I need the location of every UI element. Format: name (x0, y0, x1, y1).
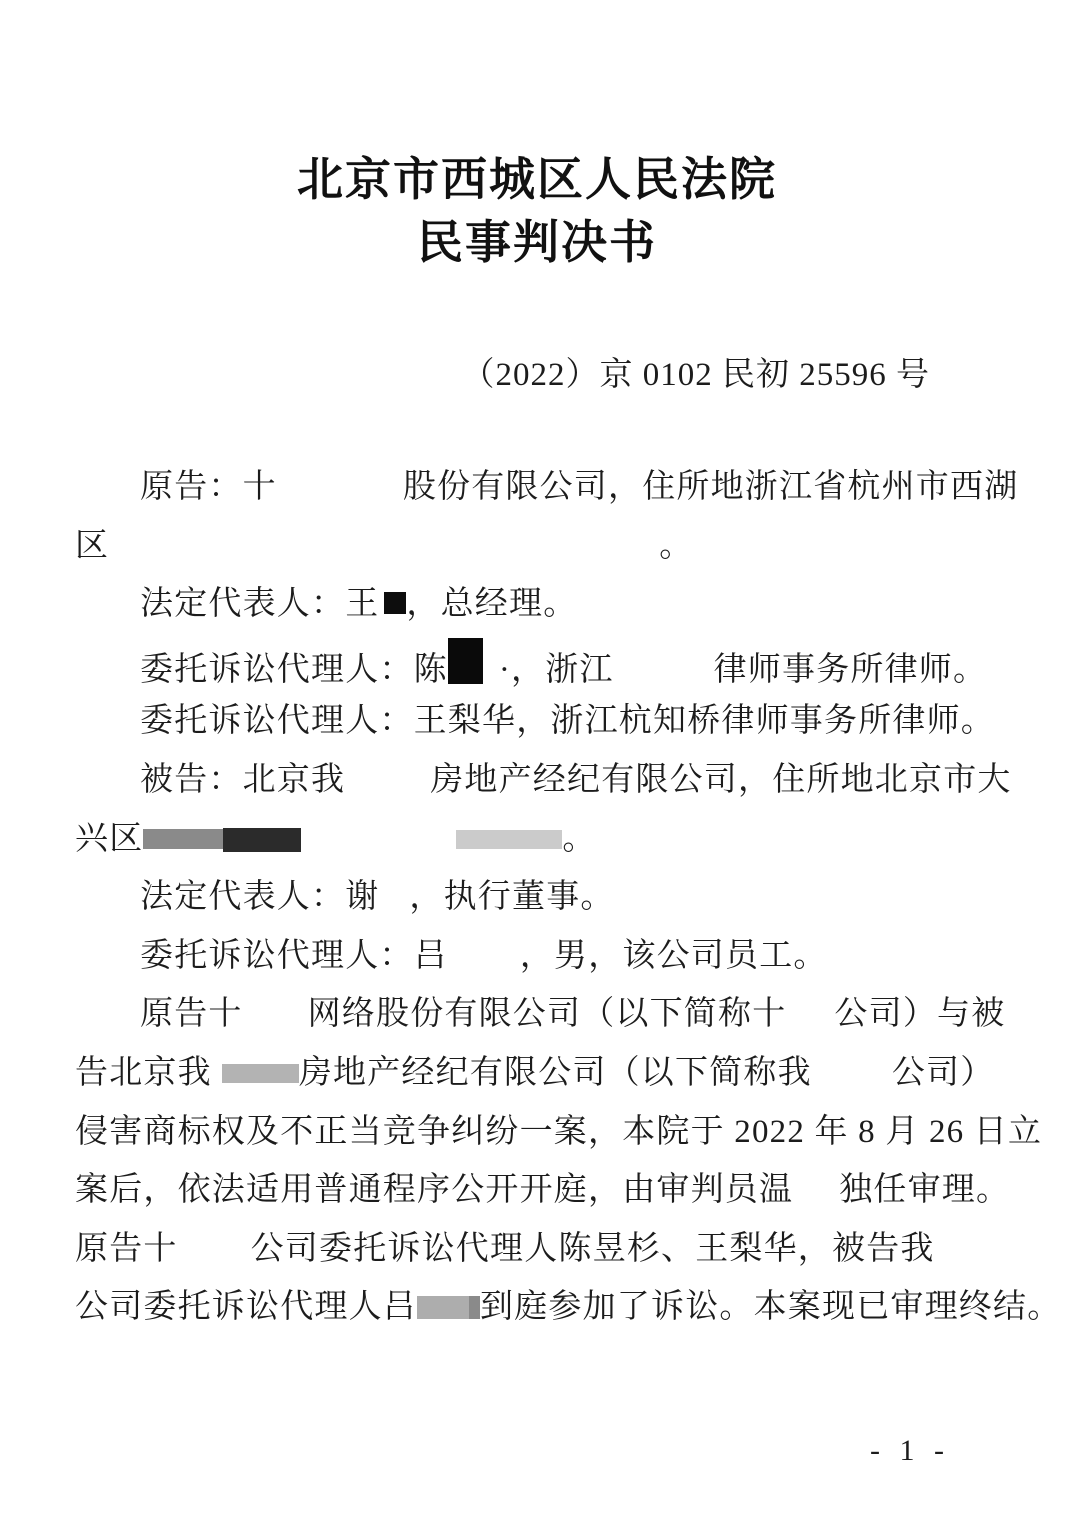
redaction-gap (277, 496, 403, 497)
text-run: 律师事务所律师。 (714, 652, 988, 688)
text-run: 区 (75, 528, 109, 564)
body-line: 原告：十股份有限公司，住所地浙江省杭州市西湖 (75, 458, 1025, 517)
page-number: - 1 - (870, 1434, 950, 1468)
body-line: 委托诉讼代理人：陈·，浙江律师事务所律师。 (75, 634, 1025, 693)
redaction-gap (614, 679, 714, 680)
redaction-bar (469, 1296, 480, 1319)
text-run: 委托诉讼代理人：王梨华，浙江杭知桥律师事务所律师。 (140, 703, 995, 739)
text-run: 网络股份有限公司（以下简称十 (308, 996, 787, 1032)
redaction-gap (212, 1082, 222, 1083)
redaction-bar (448, 638, 483, 684)
document-type: 民事判决书 (0, 211, 1074, 274)
text-run: 原告十 (75, 1231, 178, 1267)
text-run: 。 (562, 821, 596, 857)
text-run: 股份有限公司，住所地浙江省杭州市西湖 (403, 469, 1019, 505)
body-line: 委托诉讼代理人：王梨华，浙江杭知桥律师事务所律师。 (75, 692, 1025, 751)
judgment-page: 北京市西城区人民法院 民事判决书 （2022）京 0102 民初 25596 号… (0, 0, 1074, 1520)
document-title: 北京市西城区人民法院 民事判决书 (0, 148, 1074, 274)
redaction-gap (243, 1023, 308, 1024)
text-run: 公司）与被 (834, 996, 1005, 1032)
redaction-bar (143, 829, 223, 849)
redaction-gap (109, 555, 659, 556)
body-line: 法定代表人：王，总经理。 (75, 575, 1025, 634)
text-run: ，执行董事。 (409, 879, 614, 915)
text-run: 侵害商标权及不正当竞争纠纷一案，本院于 2022 年 8 月 26 日立 (75, 1114, 1042, 1150)
body-line: 侵害商标权及不正当竞争纠纷一案，本院于 2022 年 8 月 26 日立 (75, 1103, 1025, 1162)
body-line: 原告十公司委托诉讼代理人陈昱杉、王梨华，被告我 (75, 1220, 1025, 1279)
body-line: 被告：北京我房地产经纪有限公司，住所地北京市大 (75, 751, 1025, 810)
body-line: 案后，依法适用普通程序公开开庭，由审判员温独任审理。 (75, 1161, 1025, 1220)
text-run: 公司） (892, 1055, 995, 1091)
text-run: 公司委托诉讼代理人陈昱杉、王梨华，被告我 (251, 1231, 935, 1267)
body-line: 原告十网络股份有限公司（以下简称十公司）与被 (75, 985, 1025, 1044)
body-line: 区。 (75, 517, 1025, 576)
text-run: 法定代表人：王 (140, 586, 379, 622)
text-run: 原告：十 (140, 469, 277, 505)
text-run: 法定代表人：谢 (140, 879, 379, 915)
redaction-gap (301, 848, 456, 849)
redaction-gap (793, 1199, 839, 1200)
text-run: 被告：北京我 (140, 762, 345, 798)
text-run: ，总经理。 (406, 586, 577, 622)
text-run: 到庭参加了诉讼。本案现已审理终结。 (480, 1289, 1061, 1325)
redaction-gap (448, 965, 520, 966)
body-line: 兴区。 (75, 810, 1025, 869)
text-run: 独任审理。 (839, 1172, 1010, 1208)
body-line: 法定代表人：谢，执行董事。 (75, 868, 1025, 927)
redaction-gap (483, 679, 499, 680)
redaction-gap (345, 789, 430, 790)
redaction-gap (812, 1082, 892, 1083)
redaction-bar (456, 830, 562, 849)
text-run: 告北京我 (75, 1055, 212, 1091)
text-run: 公司委托诉讼代理人吕 (75, 1289, 417, 1325)
text-run: 案后，依法适用普通程序公开开庭，由审判员温 (75, 1172, 793, 1208)
redaction-bar (384, 592, 406, 614)
body-line: 公司委托诉讼代理人吕到庭参加了诉讼。本案现已审理终结。 (75, 1278, 1025, 1337)
redaction-gap (178, 1258, 251, 1259)
text-run: 。 (659, 528, 693, 564)
text-run: ，男，该公司员工。 (520, 938, 828, 974)
body-line: 委托诉讼代理人：吕，男，该公司员工。 (75, 927, 1025, 986)
text-run: 房地产经纪有限公司，住所地北京市大 (430, 762, 1011, 798)
redaction-bar (417, 1296, 469, 1319)
redaction-bar (222, 1064, 299, 1083)
text-run: 房地产经纪有限公司（以下简称我 (299, 1055, 812, 1091)
doc-body: 原告：十股份有限公司，住所地浙江省杭州市西湖区。法定代表人：王，总经理。委托诉讼… (75, 458, 1025, 1337)
text-run: 委托诉讼代理人：吕 (140, 938, 448, 974)
text-run: ·，浙江 (499, 652, 614, 688)
redaction-gap (379, 906, 409, 907)
text-run: 兴区 (75, 821, 143, 857)
redaction-bar (223, 828, 301, 852)
redaction-gap (786, 1023, 834, 1024)
body-line: 告北京我房地产经纪有限公司（以下简称我公司） (75, 1044, 1025, 1103)
court-name: 北京市西城区人民法院 (0, 148, 1074, 211)
text-run: 委托诉讼代理人：陈 (140, 652, 448, 688)
case-number: （2022）京 0102 民初 25596 号 (462, 348, 931, 395)
text-run: 原告十 (140, 996, 243, 1032)
